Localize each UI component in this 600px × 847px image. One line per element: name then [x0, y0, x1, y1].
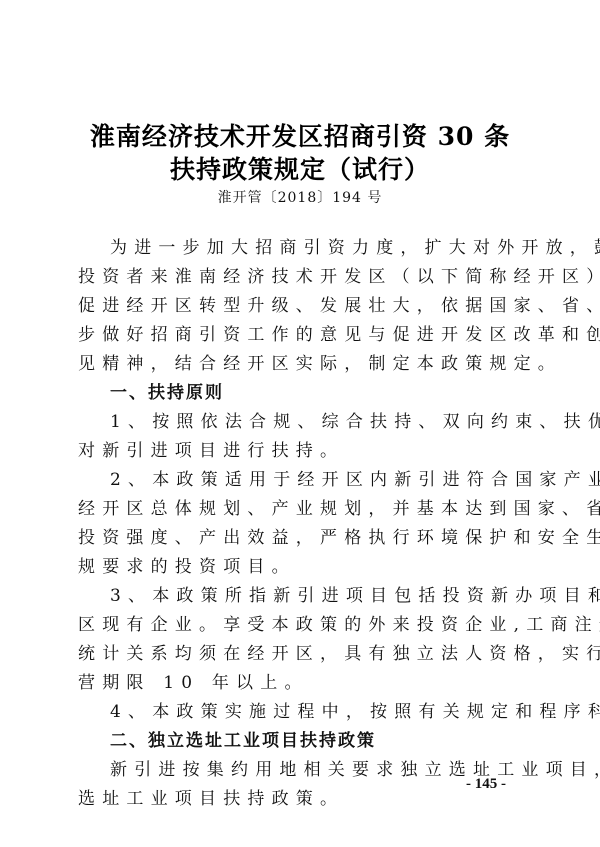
document-title-line-1: 淮南经济技术开发区招商引资 30 条: [0, 117, 600, 153]
page-number: - 145 -: [466, 776, 506, 793]
paragraph-line: 区现有企业。享受本政策的外来投资企业,工商注册、税务征管及: [78, 611, 524, 640]
paragraph-line: 统计关系均须在经开区，具有独立法人资格，实行独立核算，经: [78, 640, 524, 669]
paragraph-line: 投资者来淮南经济技术开发区（以下简称经开区）投资兴业，: [78, 263, 524, 292]
document-title-line-2: 扶持政策规定（试行）: [0, 150, 600, 186]
paragraph-line: 促进经开区转型升级、发展壮大，依据国家、省、市有关进一: [78, 292, 524, 321]
document-page: 淮南经济技术开发区招商引资 30 条 扶持政策规定（试行） 淮开管〔2018〕1…: [0, 0, 600, 847]
paragraph-line: 步做好招商引资工作的意见与促进开发区改革和创新发展的意: [78, 321, 524, 350]
paragraph-line: 经开区总体规划、产业规划，并基本达到国家、省、市约定的: [78, 495, 524, 524]
paragraph-line: 1、按照依法合规、综合扶持、双向约束、扶优扶强的原则，: [78, 408, 524, 437]
section-heading: 一、扶持原则: [78, 379, 524, 408]
section-heading: 二、独立选址工业项目扶持政策: [78, 727, 524, 756]
paragraph-line: 营期限 10 年以上。: [78, 669, 524, 698]
paragraph-line: 新引进按集约用地相关要求独立选址工业项目，享受独立: [78, 756, 524, 785]
paragraph-line: 对新引进项目进行扶持。: [78, 437, 524, 466]
document-body: 为进一步加大招商引资力度，扩大对外开放，鼓励国内外投资者来淮南经济技术开发区（以…: [78, 234, 524, 814]
paragraph-line: 规要求的投资项目。: [78, 553, 524, 582]
paragraph-line: 投资强度、产出效益，严格执行环境保护和安全生产等法律法: [78, 524, 524, 553]
paragraph-line: 3、本政策所指新引进项目包括投资新办项目和兼并收购经开: [78, 582, 524, 611]
paragraph-line: 4、本政策实施过程中，按照有关规定和程序科学决策。: [78, 698, 524, 727]
paragraph-line: 2、本政策适用于经开区内新引进符合国家产业政策，符合: [78, 466, 524, 495]
paragraph-line: 为进一步加大招商引资力度，扩大对外开放，鼓励国内外: [78, 234, 524, 263]
document-number: 淮开管〔2018〕194 号: [0, 187, 600, 207]
paragraph-line: 选址工业项目扶持政策。: [78, 785, 524, 814]
paragraph-line: 见精神，结合经开区实际，制定本政策规定。: [78, 350, 524, 379]
